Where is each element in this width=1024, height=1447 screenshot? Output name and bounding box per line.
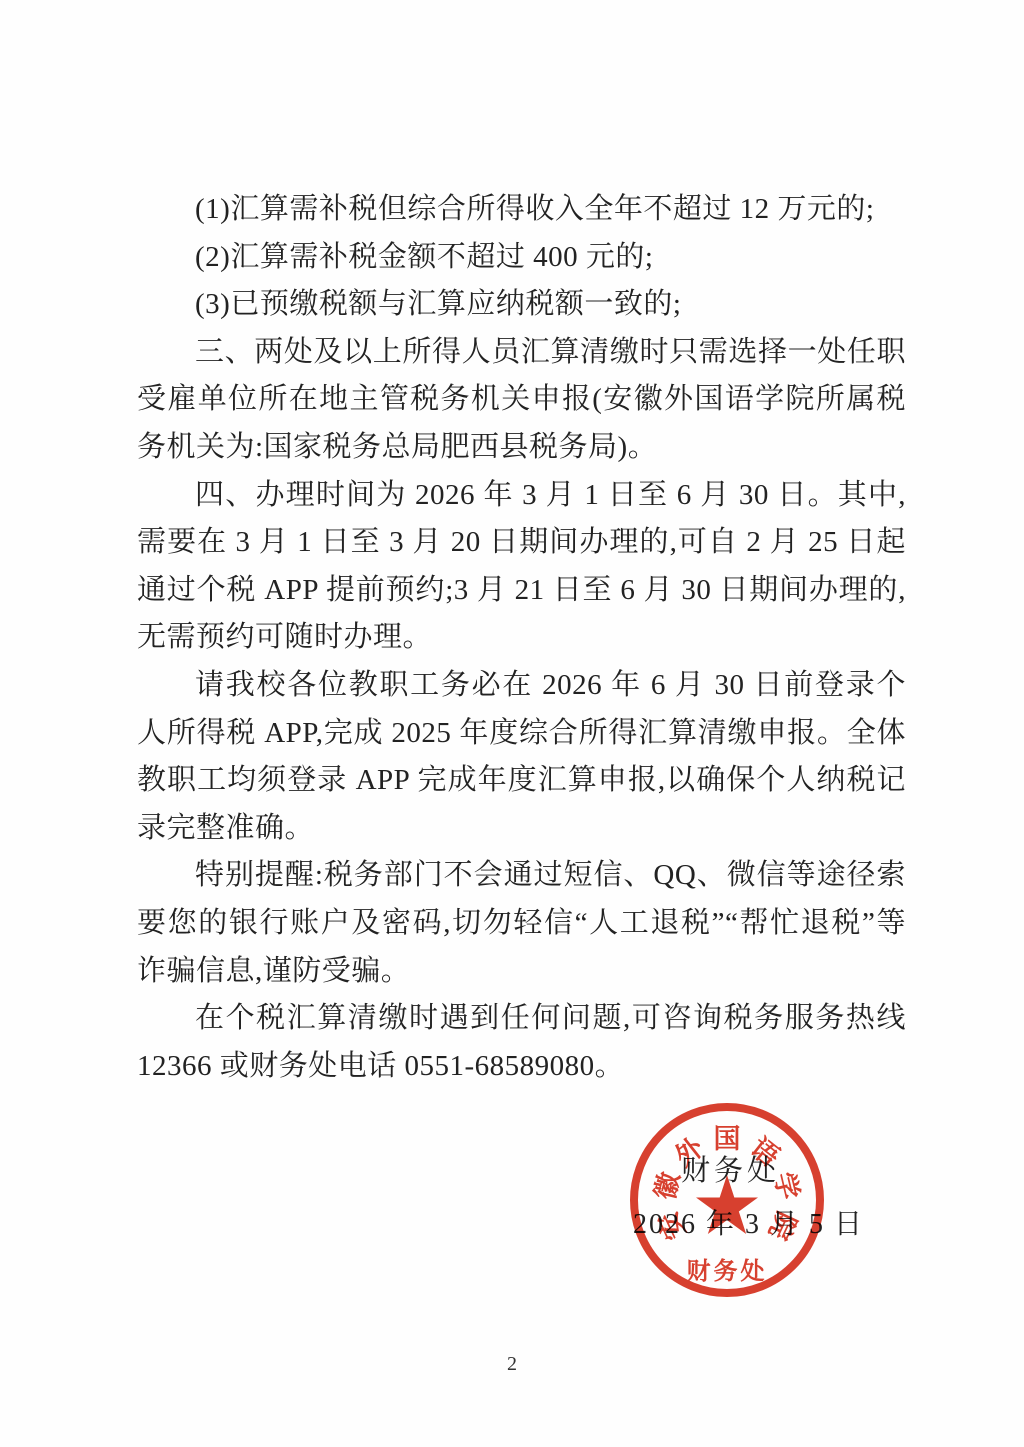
document-page: (1)汇算需补税但综合所得收入全年不超过 12 万元的; (2)汇算需补税金额不… xyxy=(0,0,1024,1447)
paragraph-hotline: 在个税汇算清缴时遇到任何问题,可咨询税务服务热线 12366 或财务处电话 05… xyxy=(137,995,906,1090)
official-seal: 安 徽 外 国 语 学 院 财务处 xyxy=(630,1103,824,1297)
page-number: 2 xyxy=(490,1353,534,1376)
paragraph-item-2: (2)汇算需补税金额不超过 400 元的; xyxy=(137,234,906,282)
paragraph-section-4: 四、办理时间为 2026 年 3 月 1 日至 6 月 30 日。其中,需要在 … xyxy=(137,472,906,662)
paragraph-reminder: 请我校各位教职工务必在 2026 年 6 月 30 日前登录个人所得税 APP,… xyxy=(137,662,906,852)
seal-arc-char: 徽 xyxy=(647,1167,683,1203)
seal-bottom-text: 财务处 xyxy=(630,1251,824,1286)
document-body: (1)汇算需补税但综合所得收入全年不超过 12 万元的; (2)汇算需补税金额不… xyxy=(137,186,906,1090)
paragraph-section-3: 三、两处及以上所得人员汇算清缴时只需选择一处任职受雇单位所在地主管税务机关申报(… xyxy=(137,329,906,472)
paragraph-item-1: (1)汇算需补税但综合所得收入全年不超过 12 万元的; xyxy=(137,186,906,234)
seal-arc-char: 国 xyxy=(712,1121,742,1151)
paragraph-item-3: (3)已预缴税额与汇算应纳税额一致的; xyxy=(137,281,906,329)
paragraph-special-alert: 特别提醒:税务部门不会通过短信、QQ、微信等途径索要您的银行账户及密码,切勿轻信… xyxy=(137,852,906,995)
